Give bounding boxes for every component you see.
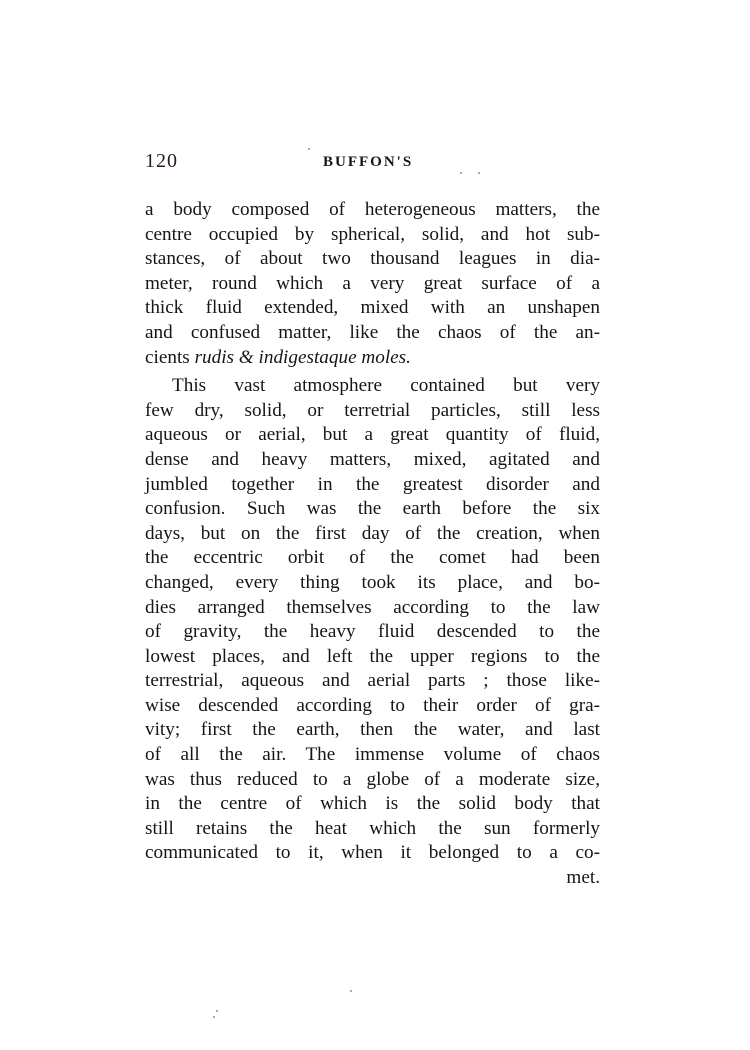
text-line: dense and heavy matters, mixed, agitated…: [145, 448, 600, 473]
print-speck: [213, 1016, 215, 1018]
text-line: jumbled together in the greatest disorde…: [145, 473, 600, 498]
text-line: cients rudis & indigestaque moles.: [145, 346, 600, 371]
book-page: 120 BUFFON'S a body composed of heteroge…: [0, 0, 750, 1050]
text-line: few dry, solid, or terretrial particles,…: [145, 399, 600, 424]
text-line: confusion. Such was the earth before the…: [145, 497, 600, 522]
text-line: of all the air. The immense volume of ch…: [145, 743, 600, 768]
text-line: aqueous or aerial, but a great quantity …: [145, 423, 600, 448]
text-line: in the centre of which is the solid body…: [145, 792, 600, 817]
paragraph-2: This vast atmosphere contained but very …: [145, 374, 600, 890]
text-line: centre occupied by spherical, solid, and…: [145, 223, 600, 248]
text-line: was thus reduced to a globe of a moderat…: [145, 768, 600, 793]
text-line: dies arranged themselves according to th…: [145, 596, 600, 621]
text-line: and confused matter, like the chaos of t…: [145, 321, 600, 346]
text-line: meter, round which a very great surface …: [145, 272, 600, 297]
text-line: still retains the heat which the sun for…: [145, 817, 600, 842]
text-line: days, but on the first day of the creati…: [145, 522, 600, 547]
latin-quotation: rudis & indigestaque moles.: [195, 347, 411, 368]
print-speck: [216, 1010, 218, 1012]
running-head: 120 BUFFON'S: [145, 150, 600, 178]
text-line-prefix: cients: [145, 347, 195, 368]
print-speck: [478, 172, 480, 174]
paragraph-1: a body composed of heterogeneous matters…: [145, 198, 600, 370]
text-line: wise descended according to their order …: [145, 694, 600, 719]
text-line: lowest places, and left the upper region…: [145, 645, 600, 670]
print-speck: [460, 172, 462, 174]
text-line: thick fluid extended, mixed with an unsh…: [145, 296, 600, 321]
text-line: stances, of about two thousand leagues i…: [145, 247, 600, 272]
text-line: vity; first the earth, then the water, a…: [145, 718, 600, 743]
print-speck: [308, 148, 310, 150]
running-title: BUFFON'S: [323, 154, 413, 171]
body-text: a body composed of heterogeneous matters…: [145, 198, 600, 891]
page-number: 120: [145, 150, 178, 173]
text-line: the eccentric orbit of the comet had bee…: [145, 546, 600, 571]
catchword-line: met.: [145, 866, 600, 891]
text-line: terrestrial, aqueous and aerial parts ; …: [145, 669, 600, 694]
text-line: This vast atmosphere contained but very: [145, 374, 600, 399]
text-line: a body composed of heterogeneous matters…: [145, 198, 600, 223]
print-speck: [350, 990, 352, 992]
text-line: changed, every thing took its place, and…: [145, 571, 600, 596]
text-line: communicated to it, when it belonged to …: [145, 841, 600, 866]
text-line: of gravity, the heavy fluid descended to…: [145, 620, 600, 645]
